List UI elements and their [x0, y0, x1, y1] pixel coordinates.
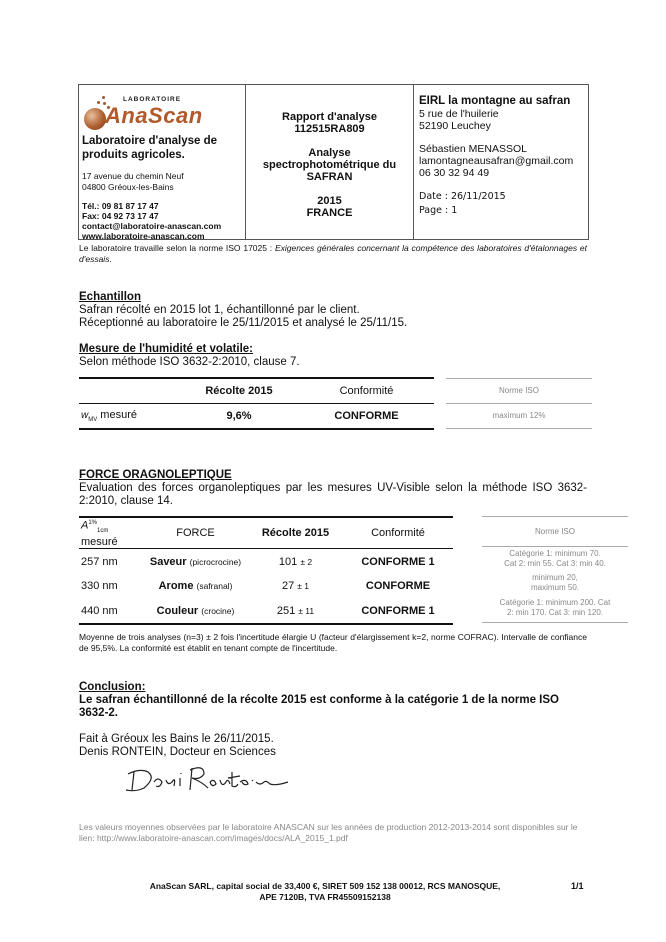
- iso-value: maximum 12%: [446, 403, 592, 429]
- force-detail: (picrocrocine): [190, 557, 242, 567]
- values-note: Les valeurs moyennes observées par le la…: [79, 822, 587, 843]
- anascan-logo: LABORATOIRE AnaScan: [82, 94, 245, 132]
- conformity: CONFORME 1: [343, 548, 453, 574]
- lab-email[interactable]: contact@laboratoire-anascan.com: [82, 221, 245, 231]
- logo-label: LABORATOIRE: [123, 96, 181, 103]
- a-sup: 1%: [88, 520, 97, 526]
- iso-row: Catégorie 1: minimum 200. Cat 2: min 170…: [482, 598, 628, 623]
- lab-title-line2: produits agricoles.: [82, 148, 245, 162]
- logo-name: AnaScan: [105, 103, 203, 129]
- lab-title-line1: Laboratoire d'analyse de: [82, 134, 245, 148]
- report-date: Date : 26/11/2015: [419, 190, 588, 204]
- page-count: 1/1: [571, 881, 584, 891]
- humidity-table-header: Récolte 2015 Conformité: [79, 378, 434, 404]
- client-contact-name: Sébastien MENASSOL: [419, 143, 588, 155]
- force-description: Evaluation des forces organoleptiques pa…: [79, 482, 587, 508]
- iso-row-line1: Catégorie 1: minimum 200. Cat: [482, 598, 628, 608]
- lab-address: 17 avenue du chemin Neuf 04800 Gréoux-le…: [82, 171, 245, 192]
- iso-row-line2: 2: min 170. Cat 3: min 120.: [482, 608, 628, 618]
- uncertainty: ± 11: [298, 606, 314, 616]
- force-header-conformity: Conformité: [343, 517, 453, 548]
- force-header-force: FORCE: [143, 517, 248, 548]
- iso-header: Norme ISO: [482, 516, 628, 547]
- conformity: CONFORME 1: [343, 598, 453, 624]
- report-year: 2015: [246, 195, 413, 207]
- iso-row-line1: minimum 20,: [482, 573, 628, 583]
- humidity-title: Mesure de l'humidité et volatile:: [79, 343, 579, 356]
- conclusion-section: Conclusion: Le safran échantillonné de l…: [79, 681, 589, 759]
- footer-line1: AnaScan SARL, capital social de 33,400 €…: [120, 881, 530, 892]
- humidity-iso-norm: Norme ISO maximum 12%: [446, 378, 592, 429]
- humidity-table: Récolte 2015 Conformité wMV mesuré 9,6% …: [79, 377, 434, 430]
- force-detail: (safranal): [197, 581, 233, 591]
- lab-title: Laboratoire d'analyse de produits agrico…: [82, 134, 245, 162]
- norm-note: Le laboratoire travaille selon la norme …: [79, 243, 587, 265]
- client-address-line2: 52190 Leuchey: [419, 120, 588, 132]
- sample-line2: Réceptionné au laboratoire le 25/11/2015…: [79, 317, 579, 330]
- client-info: EIRL la montagne au safran 5 rue de l'hu…: [414, 85, 588, 239]
- a-text: mesuré: [81, 536, 118, 548]
- signature-image: [120, 760, 300, 800]
- iso-row-line2: Cat 2: min 55. Cat 3: min 40.: [482, 559, 628, 569]
- label-text: mesuré: [97, 409, 137, 421]
- lab-fax: Fax: 04 92 73 17 47: [82, 211, 245, 221]
- force-section: FORCE ORAGNOLEPTIQUE Evaluation des forc…: [79, 469, 587, 508]
- table-row: wMV mesuré 9,6% CONFORME: [79, 404, 434, 430]
- report-info: Rapport d'analyse 112515RA809 Analyse sp…: [246, 85, 414, 239]
- humidity-header-conformity: Conformité: [299, 378, 434, 404]
- humidity-header-empty: [79, 378, 179, 404]
- norm-note-plain: Le laboratoire travaille selon la norme …: [79, 243, 275, 253]
- sample-line1: Safran récolté en 2015 lot 1, échantillo…: [79, 304, 579, 317]
- uncertainty: ± 2: [300, 557, 312, 567]
- analysis-line2: spectrophotométrique du: [246, 159, 413, 171]
- report-page: Page : 1: [419, 204, 588, 218]
- lab-tel: Tél.: 09 81 87 17 47: [82, 201, 245, 211]
- lab-contact: Tél.: 09 81 87 17 47 Fax: 04 92 73 17 47…: [82, 201, 245, 241]
- conclusion-title: Conclusion:: [79, 681, 589, 694]
- iso-row-line2: maximum 50.: [482, 583, 628, 593]
- humidity-row-label: wMV mesuré: [79, 404, 179, 430]
- humidity-conformity: CONFORME: [299, 404, 434, 430]
- iso-row-line1: Catégorie 1: minimum 70.: [482, 549, 628, 559]
- place-date: Fait à Gréoux les Bains le 26/11/2015.: [79, 733, 589, 746]
- force-title: FORCE ORAGNOLEPTIQUE: [79, 469, 587, 482]
- footer-line2: APE 7120B, TVA FR45509152138: [120, 892, 530, 903]
- force-name: Arome: [159, 580, 194, 592]
- header-box: LABORATOIRE AnaScan Laboratoire d'analys…: [78, 84, 589, 240]
- mv-subscript: MV: [88, 417, 97, 423]
- iso-row: minimum 20, maximum 50.: [482, 573, 628, 598]
- lab-address-line2: 04800 Gréoux-les-Bains: [82, 182, 245, 193]
- force-table: A1%1cm mesuré FORCE Récolte 2015 Conform…: [79, 516, 453, 625]
- report-title: Rapport d'analyse: [246, 111, 413, 123]
- force-iso-norm: Norme ISO Catégorie 1: minimum 70. Cat 2…: [482, 516, 628, 623]
- humidity-value: 9,6%: [179, 404, 299, 430]
- logo-ball-icon: [84, 108, 106, 130]
- force-header-harvest: Récolte 2015: [248, 517, 343, 548]
- wavelength: 257 nm: [79, 548, 143, 574]
- table-row: 440 nm Couleur (crocine) 251 ± 11 CONFOR…: [79, 598, 453, 624]
- report-number: 112515RA809: [246, 123, 413, 135]
- a-sub: 1cm: [97, 528, 108, 534]
- uncertainty: ± 1: [297, 581, 309, 591]
- force-value: 251: [277, 605, 295, 617]
- force-table-header: A1%1cm mesuré FORCE Récolte 2015 Conform…: [79, 517, 453, 548]
- analysis-line1: Analyse: [246, 147, 413, 159]
- humidity-method: Selon méthode ISO 3632-2:2010, clause 7.: [79, 356, 579, 369]
- lab-info: LABORATOIRE AnaScan Laboratoire d'analys…: [79, 85, 246, 239]
- iso-header: Norme ISO: [446, 378, 592, 403]
- lab-address-line1: 17 avenue du chemin Neuf: [82, 171, 245, 182]
- force-value: 101: [279, 556, 297, 568]
- footer: AnaScan SARL, capital social de 33,400 €…: [120, 881, 530, 903]
- table-row: 330 nm Arome (safranal) 27 ± 1 CONFORME: [79, 574, 453, 598]
- client-address-line1: 5 rue de l'huilerie: [419, 108, 588, 120]
- client-phone: 06 30 32 94 49: [419, 167, 588, 179]
- lab-website[interactable]: www.laboratoire-anascan.com: [82, 231, 245, 241]
- humidity-section: Mesure de l'humidité et volatile: Selon …: [79, 343, 579, 369]
- force-header-a: A1%1cm mesuré: [79, 517, 143, 548]
- wavelength: 440 nm: [79, 598, 143, 624]
- humidity-header-harvest: Récolte 2015: [179, 378, 299, 404]
- client-name: EIRL la montagne au safran: [419, 95, 588, 108]
- conclusion-text: Le safran échantillonné de la récolte 20…: [79, 694, 589, 720]
- client-email[interactable]: lamontagneausafran@gmail.com: [419, 155, 588, 167]
- force-name: Saveur: [150, 556, 187, 568]
- wavelength: 330 nm: [79, 574, 143, 598]
- table-row: 257 nm Saveur (picrocrocine) 101 ± 2 CON…: [79, 548, 453, 574]
- force-name: Couleur: [157, 605, 199, 617]
- force-detail: (crocine): [201, 606, 234, 616]
- sample-title: Echantillon: [79, 291, 579, 304]
- iso-row: Catégorie 1: minimum 70. Cat 2: min 55. …: [482, 547, 628, 573]
- average-note: Moyenne de trois analyses (n=3) ± 2 fois…: [79, 632, 587, 654]
- signatory: Denis RONTEIN, Docteur en Sciences: [79, 746, 589, 759]
- report-country: FRANCE: [246, 207, 413, 219]
- analysis-line3: SAFRAN: [246, 171, 413, 183]
- force-value: 27: [282, 580, 294, 592]
- sample-section: Echantillon Safran récolté en 2015 lot 1…: [79, 291, 579, 330]
- conformity: CONFORME: [343, 574, 453, 598]
